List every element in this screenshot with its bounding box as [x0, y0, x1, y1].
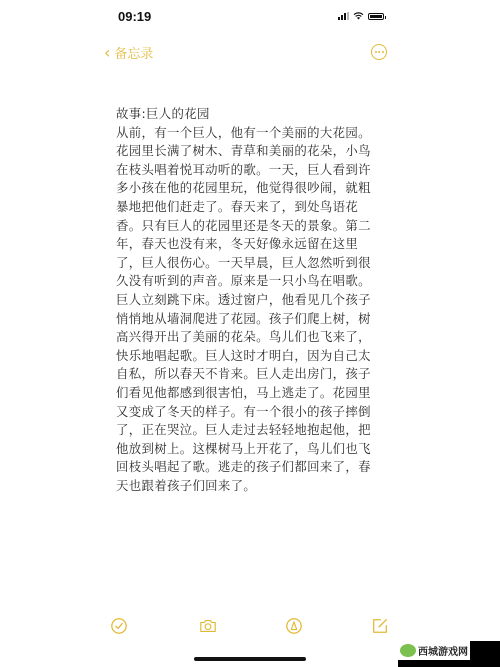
note-line: 巨人立刻跳下床。透过窗户，他看见几个孩子 — [116, 291, 401, 310]
compose-icon — [371, 617, 389, 635]
wifi-icon — [353, 12, 364, 20]
note-line: 暴地把他们赶走了。春天来了，到处鸟语花 — [116, 198, 401, 217]
watermark: 西城游戏网 — [398, 641, 470, 660]
ellipsis-icon — [375, 51, 384, 53]
note-line: 悄悄地从墙洞爬进了花园。孩子们爬上树，树 — [116, 310, 401, 329]
camera-button[interactable] — [198, 616, 218, 636]
note-line: 在枝头唱着悦耳动听的歌。一天，巨人看到许 — [116, 161, 401, 180]
note-line: 年，春天也没有来，冬天好像永远留在这里 — [116, 235, 401, 254]
camera-icon — [199, 617, 217, 635]
note-line: 香。只有巨人的花园里还是冬天的景象。第二 — [116, 217, 401, 236]
note-line: 自私，所以春天不肯来。巨人走出房门，孩子 — [116, 365, 401, 384]
note-line: 多小孩在他的花园里玩，他觉得很吵闹，就粗 — [116, 179, 401, 198]
note-line: 了，正在哭泣。巨人走过去轻轻地抱起他，把 — [116, 421, 401, 440]
pen-tip-circle-icon — [285, 617, 303, 635]
chevron-left-icon: ‹ — [104, 45, 110, 61]
note-line: 快乐地唱起歌。巨人这时才明白，因为自己太 — [116, 347, 401, 366]
note-line: 们看见他都感到很害怕，马上逃走了。花园里 — [116, 384, 401, 403]
note-line: 回枝头唱起了歌。逃走的孩子们都回来了，春 — [116, 458, 401, 477]
note-line: 他放到树上。这棵树马上开花了，鸟儿们也飞 — [116, 440, 401, 459]
note-line: 又变成了冬天的样子。有一个很小的孩子摔倒 — [116, 403, 401, 422]
back-label: 备忘录 — [114, 43, 153, 62]
cellular-signal-icon — [338, 12, 349, 20]
bottom-toolbar — [0, 616, 500, 636]
home-indicator — [194, 657, 306, 661]
note-line: 高兴得开出了美丽的花朵。鸟儿们也飞来了， — [116, 328, 401, 347]
note-line: 天也跟着孩子们回来了。 — [116, 477, 401, 496]
compose-button[interactable] — [370, 616, 390, 636]
battery-icon — [368, 13, 384, 20]
status-icons — [338, 12, 384, 20]
back-button[interactable]: ‹ 备忘录 — [104, 43, 153, 62]
note-line: 从前，有一个巨人，他有一个美丽的大花园。 — [116, 124, 401, 143]
markup-button[interactable] — [284, 616, 304, 636]
watermark-logo-icon — [400, 644, 416, 657]
note-line: 久没有听到的声音。原来是一只小鸟在唱歌。 — [116, 272, 401, 291]
watermark-black-strip — [398, 660, 500, 667]
note-line: 了，巨人很伤心。一天早晨，巨人忽然听到很 — [116, 254, 401, 273]
checklist-button[interactable] — [109, 616, 129, 636]
note-line: 花园里长满了树木、青草和美丽的花朵，小鸟 — [116, 142, 401, 161]
note-title: 故事:巨人的花园 — [116, 105, 401, 124]
watermark-text: 西城游戏网 — [418, 643, 468, 658]
note-body[interactable]: 故事:巨人的花园 从前，有一个巨人，他有一个美丽的大花园。 花园里长满了树木、青… — [116, 105, 401, 495]
more-options-button[interactable] — [371, 44, 387, 60]
checkmark-circle-icon — [110, 617, 128, 635]
status-time: 09:19 — [118, 9, 151, 24]
